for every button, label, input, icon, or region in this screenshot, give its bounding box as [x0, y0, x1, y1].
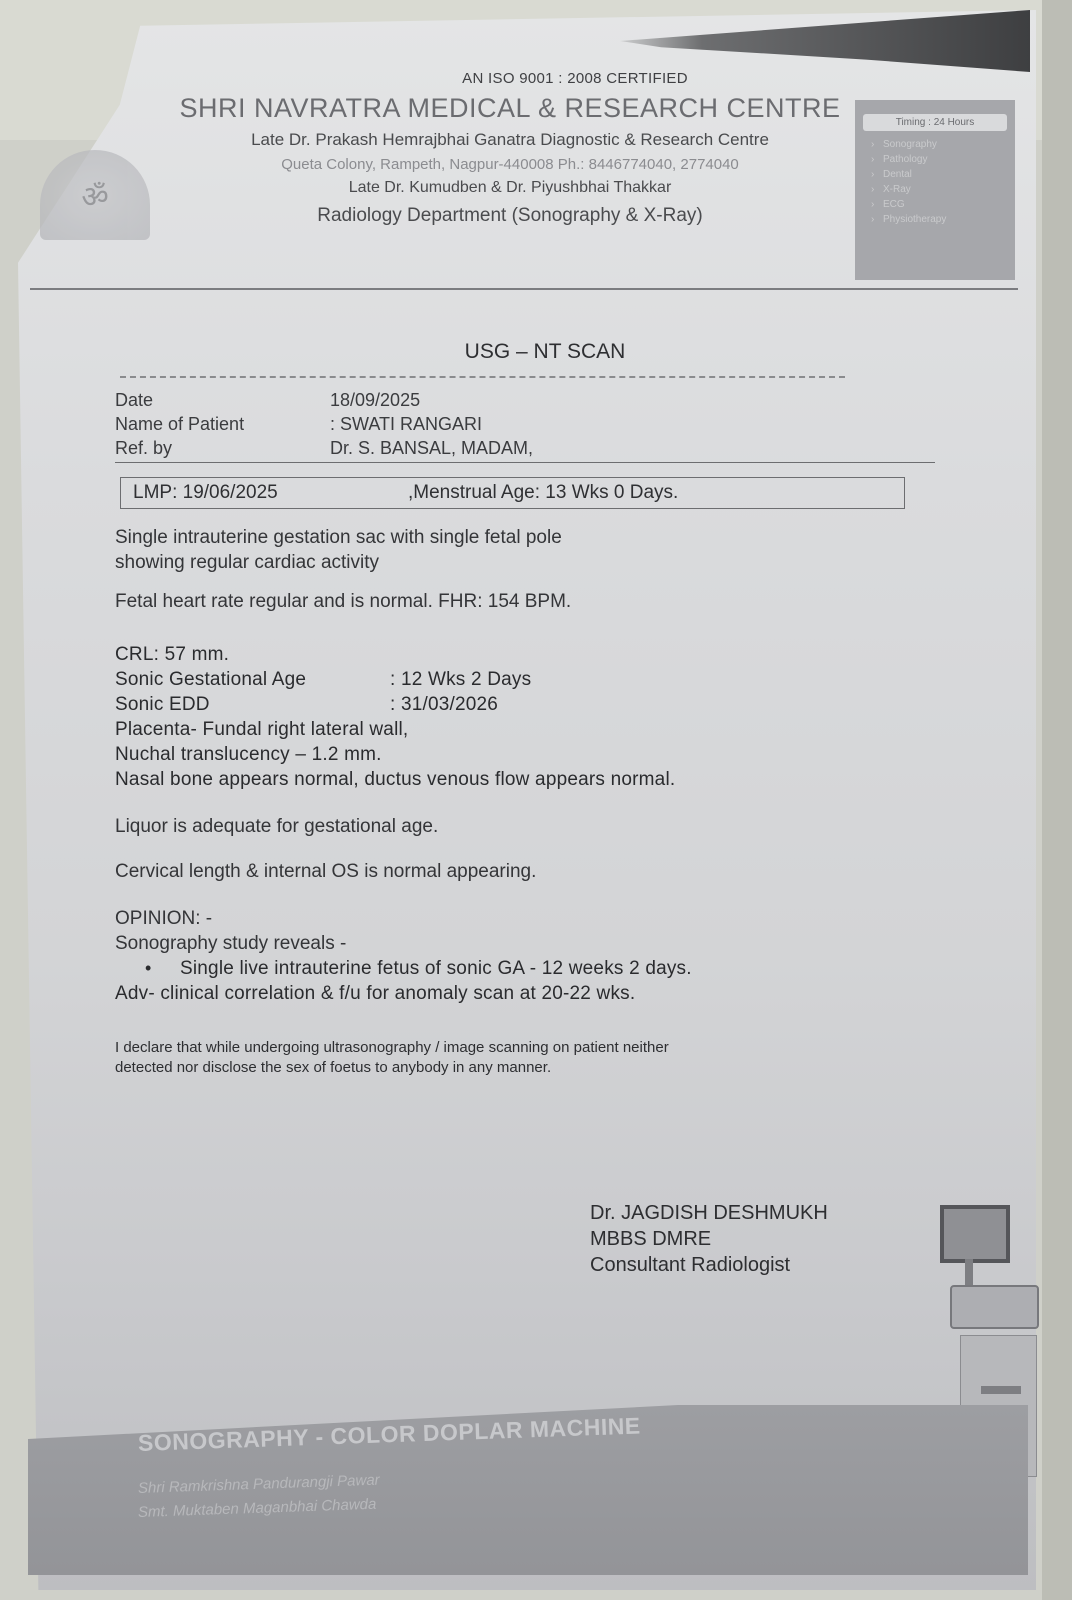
- finding-liquor: Liquor is adequate for gestational age.: [115, 814, 955, 839]
- info-label: Date: [115, 388, 330, 412]
- logo-glyph: ॐ: [81, 175, 108, 216]
- service-item: Sonography: [855, 137, 1015, 152]
- kv-value: : 31/03/2026: [390, 692, 498, 717]
- kv-value: : 12 Wks 2 Days: [390, 667, 531, 692]
- finding-sonic-edd: Sonic EDD : 31/03/2026: [115, 692, 955, 717]
- finding-sonic-ga: Sonic Gestational Age : 12 Wks 2 Days: [115, 667, 955, 692]
- bullet-icon: •: [145, 956, 180, 981]
- finding-nasal: Nasal bone appears normal, ductus venous…: [115, 767, 955, 792]
- bullet-text: Single live intrauterine fetus of sonic …: [180, 956, 692, 981]
- patient-info: Date 18/09/2025 Name of Patient : SWATI …: [115, 388, 955, 463]
- opinion-advice: Adv- clinical correlation & f/u for anom…: [115, 981, 955, 1006]
- finding-crl: CRL: 57 mm.: [115, 642, 955, 667]
- finding-gestation-1: Single intrauterine gestation sac with s…: [115, 525, 955, 550]
- findings: Single intrauterine gestation sac with s…: [115, 525, 955, 1006]
- lmp-box: LMP: 19/06/2025 ,Menstrual Age: 13 Wks 0…: [120, 477, 905, 509]
- title-divider: [120, 376, 845, 378]
- doctor-name: Dr. JAGDISH DESHMUKH: [590, 1200, 828, 1226]
- service-item: ECG: [855, 197, 1015, 212]
- info-value: Dr. S. BANSAL, MADAM,: [330, 436, 533, 460]
- timing-badge: Timing : 24 Hours: [863, 114, 1007, 131]
- info-label: Name of Patient: [115, 412, 330, 436]
- signature-block: Dr. JAGDISH DESHMUKH MBBS DMRE Consultan…: [590, 1200, 828, 1278]
- finding-gestation-2: showing regular cardiac activity: [115, 550, 955, 575]
- info-value: 18/09/2025: [330, 388, 420, 412]
- kv-label: Sonic Gestational Age: [115, 667, 390, 692]
- opinion-bullet: • Single live intrauterine fetus of soni…: [115, 956, 955, 981]
- diagnostic-centre-name: Late Dr. Prakash Hemrajbhai Ganatra Diag…: [150, 130, 870, 150]
- doctor-designation: Consultant Radiologist: [590, 1252, 828, 1278]
- iso-certification: AN ISO 9001 : 2008 CERTIFIED: [280, 70, 870, 87]
- opinion-intro: Sonography study reveals -: [115, 931, 955, 956]
- letterhead: AN ISO 9001 : 2008 CERTIFIED SHRI NAVRAT…: [150, 70, 870, 227]
- menstrual-age: ,Menstrual Age: 13 Wks 0 Days.: [408, 482, 678, 504]
- department-name: Radiology Department (Sonography & X-Ray…: [150, 205, 870, 227]
- monitor-shape: [940, 1205, 1010, 1263]
- centre-name: SHRI NAVRATRA MEDICAL & RESEARCH CENTRE: [150, 93, 870, 124]
- finding-placenta: Placenta- Fundal right lateral wall,: [115, 717, 955, 742]
- opinion-section: OPINION: - Sonography study reveals - • …: [115, 906, 955, 1006]
- service-item: Pathology: [855, 152, 1015, 167]
- slot-shape: [981, 1386, 1021, 1394]
- pcpndt-declaration: I declare that while undergoing ultrason…: [115, 1038, 955, 1078]
- declaration-line: detected nor disclose the sex of foetus …: [115, 1058, 955, 1078]
- console-shape: [950, 1285, 1039, 1329]
- report-body: USG – NT SCAN Date 18/09/2025 Name of Pa…: [115, 340, 955, 1078]
- lmp-date: LMP: 19/06/2025: [133, 482, 408, 504]
- opinion-heading: OPINION: -: [115, 906, 955, 931]
- service-item: Physiotherapy: [855, 212, 1015, 227]
- report-title: USG – NT SCAN: [135, 340, 955, 364]
- memorial-line: Late Dr. Kumudben & Dr. Piyushbhai Thakk…: [150, 179, 870, 197]
- service-item: Dental: [855, 167, 1015, 182]
- info-label: Ref. by: [115, 436, 330, 460]
- info-row-patient: Name of Patient : SWATI RANGARI: [115, 412, 955, 436]
- finding-fhr: Fetal heart rate regular and is normal. …: [115, 589, 955, 614]
- centre-address: Queta Colony, Rampeth, Nagpur-440008 Ph.…: [150, 156, 870, 173]
- header-divider: [30, 288, 1018, 290]
- measurements: CRL: 57 mm. Sonic Gestational Age : 12 W…: [115, 642, 955, 792]
- finding-cervical: Cervical length & internal OS is normal …: [115, 859, 955, 884]
- info-divider: [115, 462, 935, 463]
- background-edge: [1042, 0, 1072, 1600]
- declaration-line: I declare that while undergoing ultrason…: [115, 1038, 955, 1058]
- service-item: X-Ray: [855, 182, 1015, 197]
- info-value: : SWATI RANGARI: [330, 412, 482, 436]
- finding-nuchal: Nuchal translucency – 1.2 mm.: [115, 742, 955, 767]
- info-row-date: Date 18/09/2025: [115, 388, 955, 412]
- services-panel: Timing : 24 Hours Sonography Pathology D…: [855, 100, 1015, 280]
- doctor-degree: MBBS DMRE: [590, 1226, 828, 1252]
- kv-label: Sonic EDD: [115, 692, 390, 717]
- info-row-ref: Ref. by Dr. S. BANSAL, MADAM,: [115, 436, 955, 460]
